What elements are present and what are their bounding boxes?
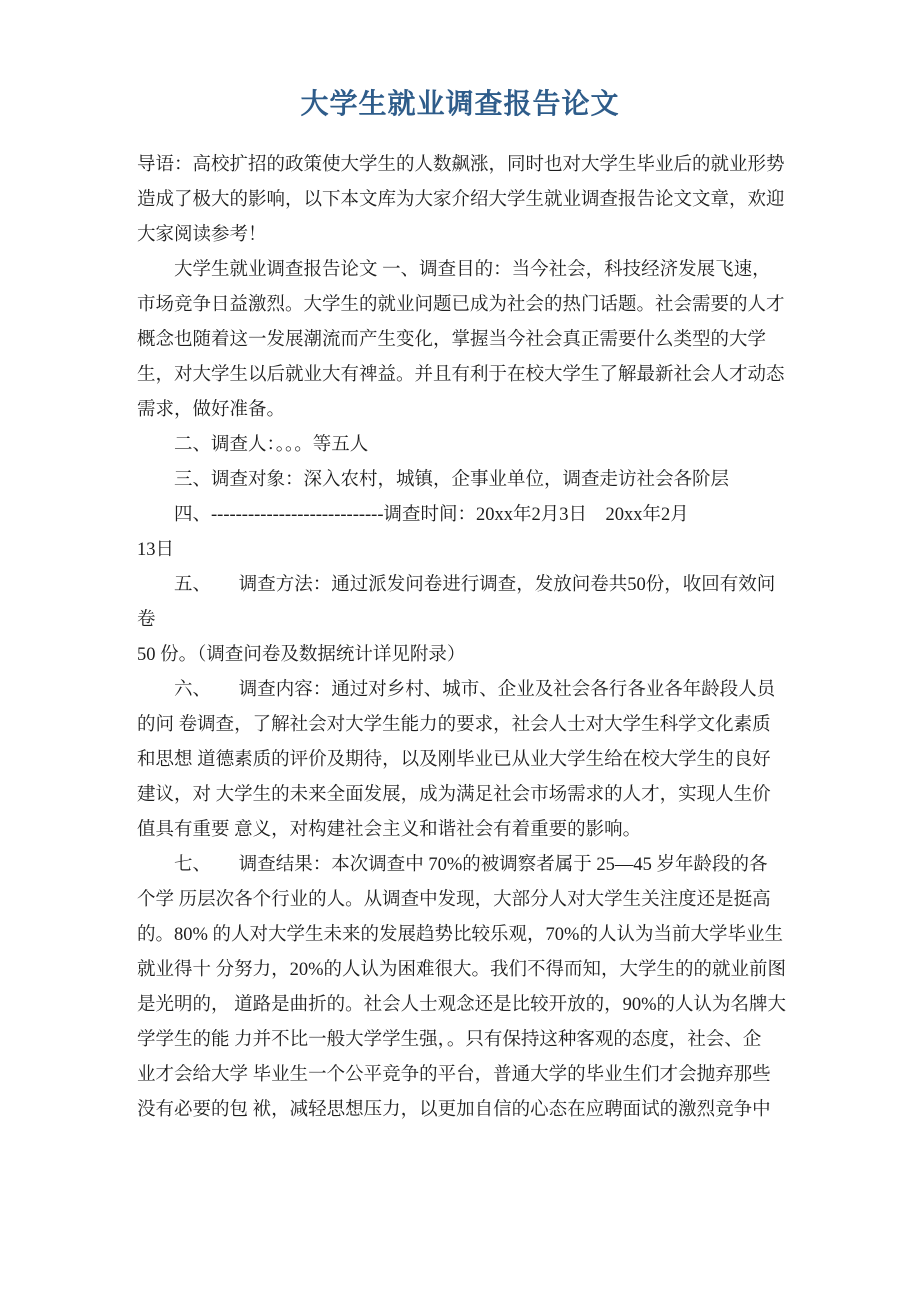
document-page: 大学生就业调查报告论文 导语：高校扩招的政策使大学生的人数飙涨，同时也对大学生毕… [0, 0, 920, 1302]
text-line: 和思想 道德素质的评价及期待，以及刚毕业已从业大学生给在校大学生的良好 [137, 743, 797, 778]
text-line: 建议，对 大学生的未来全面发展，成为满足社会市场需求的人才，实现人生价 [137, 778, 797, 813]
text-line: 生，对大学生以后就业大有禆益。并且有利于在校大学生了解最新社会人才动态 [137, 358, 797, 393]
text-line: 13日 [137, 533, 797, 568]
text-line: 概念也随着这一发展潮流而产生变化，掌握当今社会真正需要什么类型的大学 [137, 323, 797, 358]
text-line: 的。80% 的人对大学生未来的发展趋势比较乐观，70%的人认为当前大学毕业生 [137, 918, 797, 953]
text-line: 就业得十 分努力，20%的人认为困难很大。我们不得而知，大学生的的就业前图 [137, 953, 797, 988]
document-body: 导语：高校扩招的政策使大学生的人数飙涨，同时也对大学生毕业后的就业形势造成了极大… [137, 148, 797, 1128]
text-line: 卷 [137, 603, 797, 638]
text-line: 值具有重要 意义，对构建社会主义和谐社会有着重要的影响。 [137, 813, 797, 848]
text-line: 学学生的能 力并不比一般大学学生强，。只有保持这种客观的态度，社会、企 [137, 1023, 797, 1058]
text-line: 业才会给大学 毕业生一个公平竞争的平台，普通大学的毕业生们才会抛弃那些 [137, 1058, 797, 1093]
text-line: 造成了极大的影响，以下本文库为大家介绍大学生就业调查报告论文文章，欢迎 [137, 183, 797, 218]
text-line: 50 份。（调查问卷及数据统计详见附录） [137, 638, 797, 673]
text-line: 大家阅读参考！ [137, 218, 797, 253]
text-line: 三、调查对象：深入农村，城镇，企事业单位，调查走访社会各阶层 [137, 463, 797, 498]
text-line: 导语：高校扩招的政策使大学生的人数飙涨，同时也对大学生毕业后的就业形势 [137, 148, 797, 183]
text-line: 四、----------------------------调查时间：20xx年… [137, 498, 797, 533]
text-line: 需求，做好准备。 [137, 393, 797, 428]
text-line: 市场竞争日益激烈。大学生的就业问题已成为社会的热门话题。社会需要的人才 [137, 288, 797, 323]
text-line: 二、调查人：。。。等五人 [137, 428, 797, 463]
text-line: 六、 调查内容：通过对乡村、城市、企业及社会各行各业各年龄段人员 [137, 673, 797, 708]
document-title: 大学生就业调查报告论文 [0, 84, 920, 124]
text-line: 个学 历层次各个行业的人。从调查中发现，大部分人对大学生关注度还是挺高 [137, 883, 797, 918]
text-line: 的问 卷调查，了解社会对大学生能力的要求，社会人士对大学生科学文化素质 [137, 708, 797, 743]
text-line: 是光明的， 道路是曲折的。社会人士观念还是比较开放的，90%的人认为名牌大 [137, 988, 797, 1023]
text-line: 七、 调查结果：本次调查中 70%的被调察者属于 25—45 岁年龄段的各 [137, 848, 797, 883]
text-line: 五、 调查方法：通过派发问卷进行调查，发放问卷共50份，收回有效问 [137, 568, 797, 603]
text-line: 大学生就业调查报告论文 一、调查目的：当今社会，科技经济发展飞速， [137, 253, 797, 288]
text-line: 没有必要的包 袱，减轻思想压力，以更加自信的心态在应聘面试的激烈竞争中 [137, 1093, 797, 1128]
